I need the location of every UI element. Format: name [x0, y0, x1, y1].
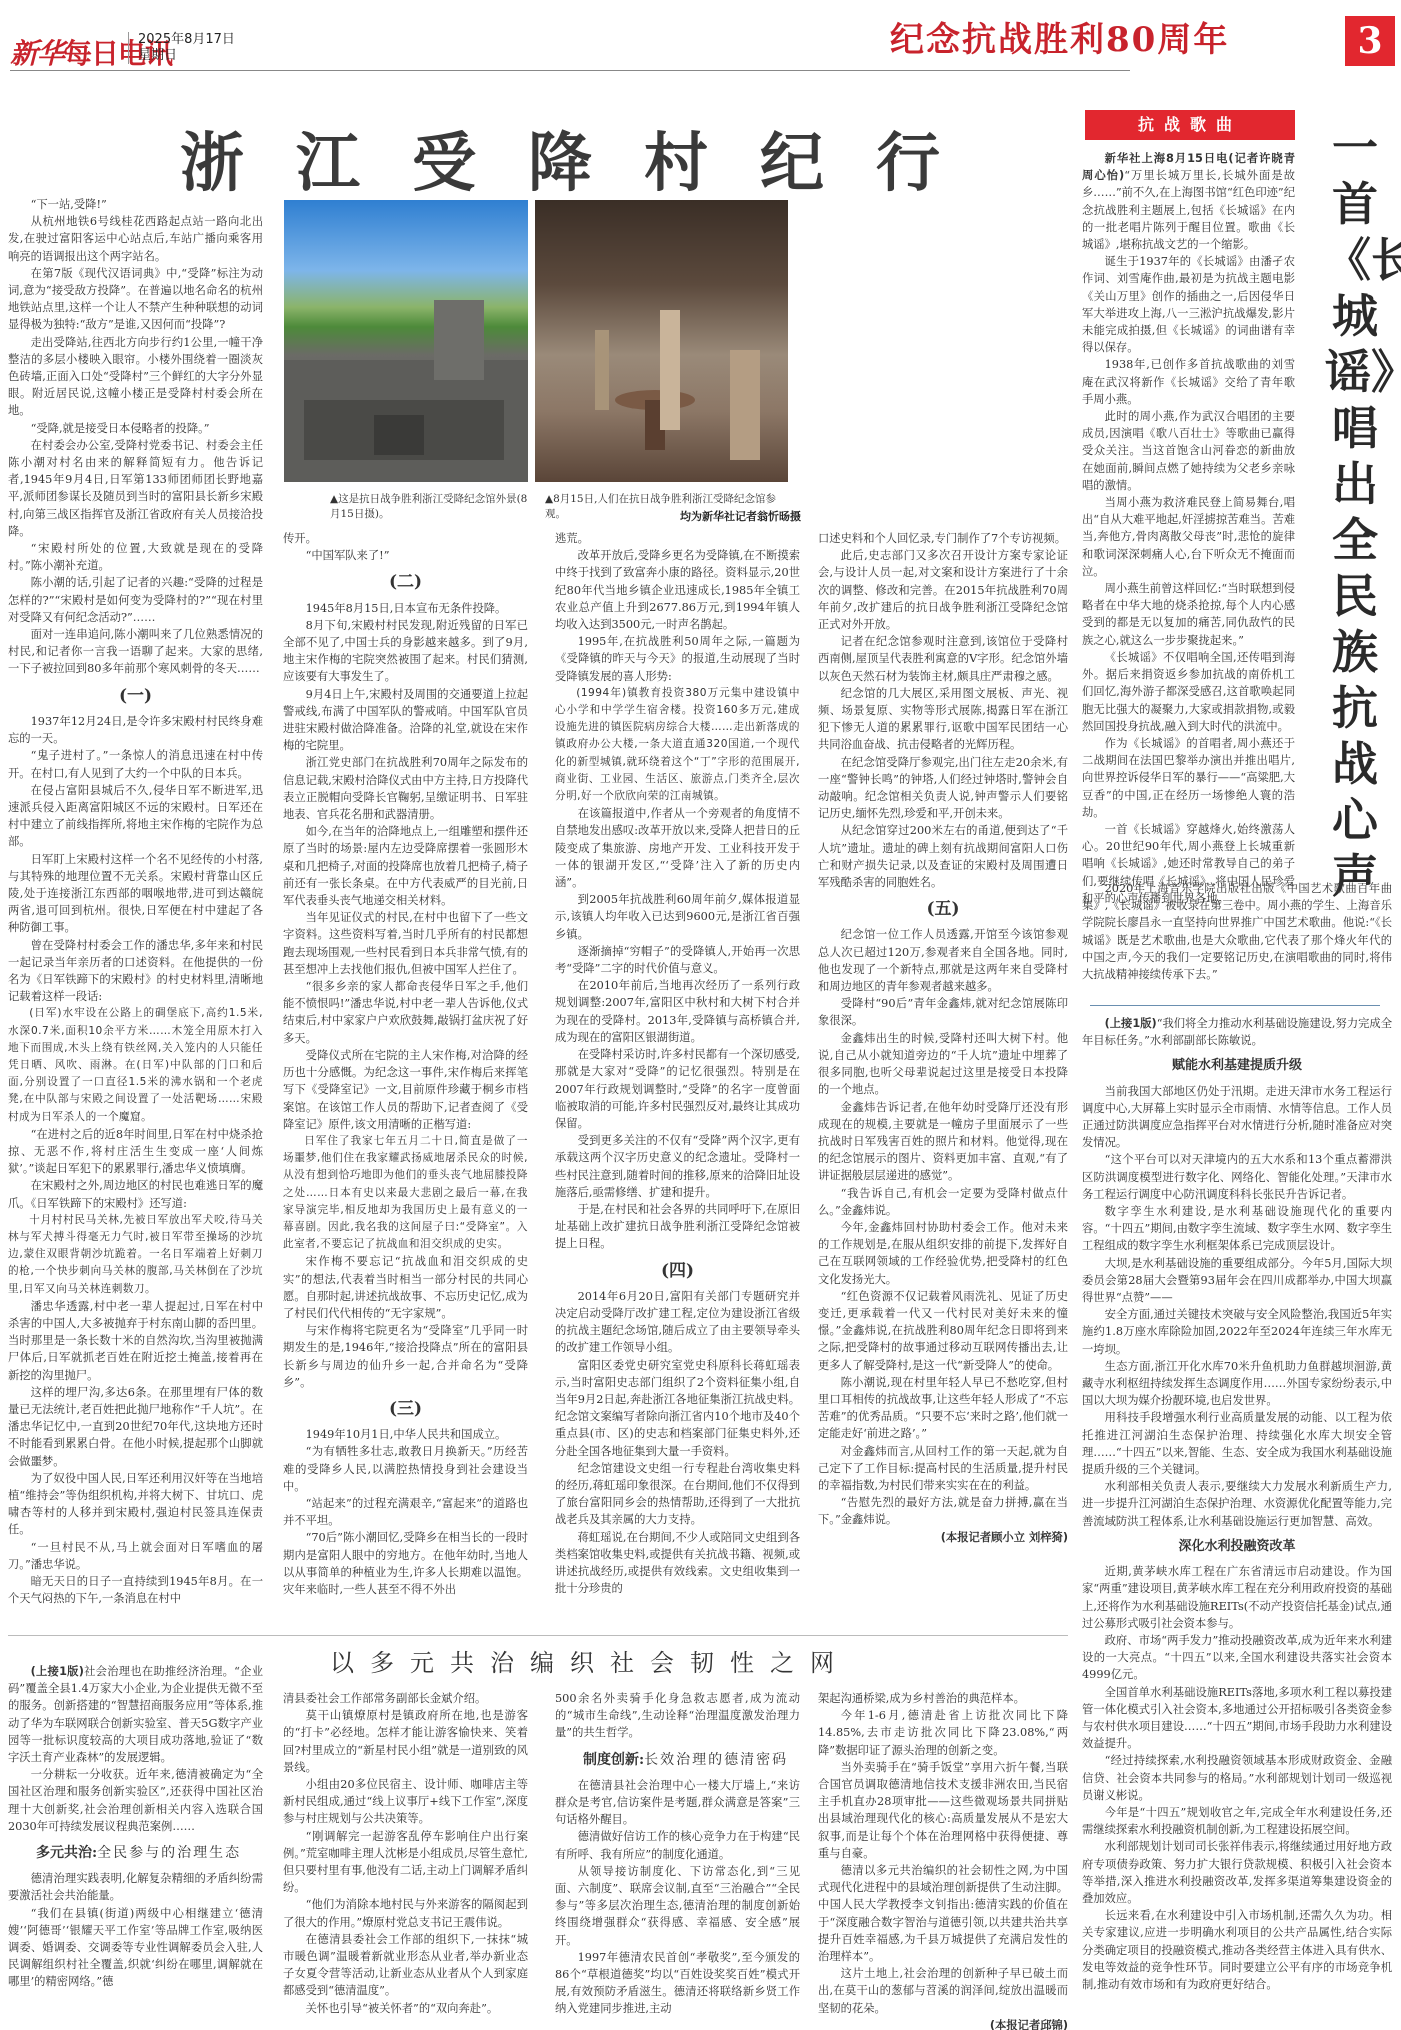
paragraph: “受降,就是接受日本侵略者的投降。” [8, 420, 263, 437]
photo1-caption: ▲这是抗日战争胜利浙江受降纪念馆外景(8月15日摄)。 [330, 492, 530, 522]
paragraph: 诞生于1937年的《长城谣》由潘孑农作词、刘雪庵作曲,最初是为抗战主题电影《关山… [1082, 253, 1295, 356]
photo-credit: 均为新华社记者翁忻旸摄 [680, 508, 801, 524]
paragraph: 在德清县社会治理中心一楼大厅墙上,“来访群众是考官,信访案件是考题,群众满意是答… [555, 1777, 800, 1829]
paragraph: 改革开放后,受降乡更名为受降镇,在不断摸索中终于找到了致富奔小康的路径。资料显示… [555, 547, 800, 633]
paragraph: “70后”陈小潮回忆,受降乡在相当长的一段时期内是富阳人眼中的穷地方。在他年幼时… [283, 1529, 528, 1598]
paragraph: 在第7版《现代汉语词典》中,“受降”标注为动词,意为“接受敌方投降”。在普遍以地… [8, 265, 263, 334]
subheading-2: 制度创新:长效治理的德清密码 [583, 1752, 800, 1769]
subheading-1: 多元共治:全民参与的治理生态 [36, 1845, 263, 1862]
paragraph: 全国首单水利基础设施REITs落地,多项水利工程以募投建管一体化模式引入社会资本… [1082, 1684, 1392, 1753]
paragraph: 当前我国大部地区仍处于汛期。走进天津市水务工程运行调度中心,大屏幕上实时显示全市… [1082, 1083, 1392, 1152]
paragraph: 蒋虹瑶说,在台期间,不少人或陪同文史组到各类档案馆收集史料,或提供有关抗战书籍、… [555, 1529, 800, 1598]
paragraph: “我告诉自己,有机会一定要为受降村做点什么。”金鑫炜说。 [818, 1185, 1068, 1219]
paragraph: 安全方面,通过关键技术突破与安全风险整治,我国近5年实施约1.8万座水库除险加固… [1082, 1306, 1392, 1358]
paragraph: 金鑫炜告诉记者,在他年幼时受降厅还没有形成现在的规模,主要就是一幢房子里面展示了… [818, 1099, 1068, 1185]
paragraph: 传开。 [283, 530, 528, 547]
paragraph: 1949年10月1日,中华人民共和国成立。 [283, 1426, 528, 1443]
paragraph: 1938年,已创作多首抗战歌曲的刘雪庵在武汉将新作《长城谣》交给了青年歌手周小燕… [1082, 356, 1295, 408]
issue-date: 2025年8月17日 [138, 32, 235, 48]
paragraph: 到2005年抗战胜利60周年前夕,媒体报道显示,该镇人均年收入已达到9600元,… [555, 891, 800, 943]
paragraph: 在2010年前后,当地再次经历了一系列行政规划调整:2007年,富阳区中秋村和大… [555, 977, 800, 1046]
subheading-bold: 制度创新: [583, 1752, 644, 1768]
governance-col3: 500余名外卖骑手化身急救志愿者,成为流动的“城市生命线”,生动诠释“治理温度激… [555, 1690, 800, 2018]
paragraph: 对金鑫炜而言,从回村工作的第一天起,就为自己定下了工作目标:提高村民的生活质量,… [818, 1443, 1068, 1495]
subheading: 深化水利投融资改革 [1082, 1538, 1392, 1555]
paragraph: 陈小潮的话,引起了记者的兴趣:“受降的过程是怎样的?”“宋殿村是如何变为受降村的… [8, 574, 263, 626]
paragraph: 潘忠华透露,村中老一辈人提起过,日军在村中杀害的中国人,大多被抛弃于村东南山脚的… [8, 1298, 263, 1384]
subheading-rest: 全民参与的治理生态 [97, 1845, 241, 1861]
paragraph: 从纪念馆穿过200米左右的甬道,便到达了“千人坑”遗址。遗址的碑上刻有抗战期间富… [818, 822, 1068, 891]
paragraph: “他们为消除本地村民与外来游客的隔阂起到了很大的作用。”燎原村党总支书记王震伟说… [283, 1896, 528, 1930]
sculpture-illustration [535, 200, 788, 482]
paragraph: 在受降村采访时,许多村民都有一个深切感受,那就是大家对“受降”的记忆很强烈。特别… [555, 1046, 800, 1132]
sidebar-vertical-title: 一首《长城谣》唱出全民族抗战心声 [1325, 120, 1385, 904]
paragraph: 从杭州地铁6号线桂花西路起点站一路向北出发,在驶过富阳客运中心站点后,车站广播向… [8, 213, 263, 265]
paragraph: 宋作梅不要忘记“抗战血和泪交织成的史实”的想法,代表着当时相当一部分村民的共同心… [283, 1253, 528, 1322]
paragraph: “红色资源不仅记载着风雨洗礼、见证了历史变迁,更承载着一代又一代村民对美好未来的… [818, 1288, 1068, 1374]
section-title: 纪念抗战胜利80周年 [890, 12, 1229, 61]
paragraph: “很多乡亲的家人都命丧侵华日军之手,他们能不愤恨吗!”潘忠华说,村中老一辈人告诉… [283, 978, 528, 1047]
paragraph: 在纪念馆受降厅参观完,出门往左走20余米,有一座“警钟长鸣”的钟塔,人们经过钟塔… [818, 754, 1068, 823]
paragraph: 今年是“十四五”规划收官之年,完成全年水利建设任务,还需继续探索水利投融资机制创… [1082, 1804, 1392, 1838]
paragraph: 逐渐摘掉“穷帽子”的受降镇人,开始再一次思考“受降”二字的时代价值与意义。 [555, 943, 800, 977]
paragraph: 2020年上海音乐学院出版社出版《中国艺术歌曲百年曲集》,《长城谣》被收录在第三… [1082, 880, 1392, 983]
paragraph: 架起沟通桥梁,成为乡村善治的典范样本。 [818, 1690, 1068, 1707]
paragraph: 数字孪生水利建设,是水利基础设施现代化的重要内容。“十四五”期间,由数字孪生流域… [1082, 1203, 1392, 1255]
subheading-bold: 多元共治: [36, 1845, 97, 1861]
paragraph: 德清治理实践表明,化解复杂精细的矛盾纠纷需要激活社会共治能量。 [8, 1870, 263, 1904]
paragraph: 8月下旬,宋殿村村民发现,附近残留的日军已全部不见了,中国士兵的身影越来越多。到… [283, 617, 528, 686]
paragraph: 在宋殿村之外,周边地区的村民也难逃日军的魔爪。《日军铁蹄下的宋殿村》还写道: [8, 1177, 263, 1211]
paragraph: 从领导接访制度化、下访常态化,到“三见面、六制度”、联席会议制,直至“三治融合”… [555, 1863, 800, 1949]
paragraph: 2014年6月20日,富阳有关部门专题研究并决定启动受降厅改扩建工程,定位为建设… [555, 1288, 800, 1357]
bottom-divider [8, 1635, 1068, 1636]
paragraph: 如今,在当年的洽降地点上,一组雕塑和摆件还原了当时的场景:屋内左边受降席摆着一张… [283, 823, 528, 909]
paragraph: “告慰先烈的最好方法,就是奋力拼搏,赢在当下。”金鑫炜说。 [818, 1494, 1068, 1528]
paragraph: 受降村“90后”青年金鑫炜,就对纪念馆展陈印象很深。 [818, 995, 1068, 1029]
paragraph: 走出受降站,往西北方向步行约1公里,一幢干净整洁的多层小楼映入眼帘。小楼外围绕着… [8, 334, 263, 420]
paragraph: 日军盯上宋殿村这样一个名不见经传的小村落,与其特殊的地理位置不无关系。宋殿村背靠… [8, 851, 263, 937]
paragraph: 关怀也引导“被关怀者”的“双向奔赴”。 [283, 2000, 528, 2017]
paragraph: 为了奴役中国人民,日军还利用汉奸等在当地培植“维持会”等伪组织机构,并将大树下、… [8, 1470, 263, 1539]
paragraph: “站起来”的过程充满艰辛,“富起来”的道路也并不平坦。 [283, 1495, 528, 1529]
paragraph: 水利部规划计划司司长张祥伟表示,将继续通过用好地方政府专项债券政策、努力扩大银行… [1082, 1838, 1392, 1907]
sidebar-divider [1090, 1005, 1380, 1006]
paragraph: 纪念馆一位工作人员透露,开馆至今该馆参观总人次已超过120万,参观者来自全国各地… [818, 926, 1068, 995]
logo-script: 新华 [10, 37, 64, 70]
section-heading-2: (二) [283, 574, 528, 591]
article-byline: (本报记者顾小立 刘梓猗) [818, 1529, 1068, 1546]
main-article-col2: 传开。 “中国军队来了!” (二) 1945年8月15日,日本宣布无条件投降。 … [283, 530, 528, 1598]
paragraph: 《长城谣》不仅唱响全国,还传唱到海外。据后来捐资返乡参加抗战的南侨机工们回忆,海… [1082, 649, 1295, 735]
paragraph: 于是,在村民和社会各界的共同呼吁下,在原旧址基础上改扩建抗日战争胜利浙江受降纪念… [555, 1201, 800, 1253]
paragraph: 此时的周小燕,作为武汉合唱团的主要成员,因演唱《歌八百壮士》等歌曲已赢得受众关注… [1082, 408, 1295, 494]
paragraph: 今年,金鑫炜回村协助村委会工作。他对未来的工作规划是,在服从组织安排的前提下,发… [818, 1219, 1068, 1288]
water-article: (上接1版)“我们将全力推动水利基础设施建设,努力完成全年目标任务。”水利部副部… [1082, 1015, 1392, 1993]
paragraph: 金鑫炜出生的时候,受降村还叫大树下村。他说,自己从小就知道旁边的“千人坑”遗址中… [818, 1030, 1068, 1099]
section-heading-4: (四) [555, 1263, 800, 1280]
subheading: 赋能水利基建提质升级 [1082, 1057, 1392, 1074]
paragraph: 大坝,是水利基础设施的重要组成部分。今年5月,国际大坝委员会第28届大会暨第93… [1082, 1255, 1392, 1307]
paragraph: “经过持续探索,水利投融资领域基本形成财政资金、金融信贷、社会资本共同参与的格局… [1082, 1752, 1392, 1804]
sidebar-wide-paragraph: 2020年上海音乐学院出版社出版《中国艺术歌曲百年曲集》,《长城谣》被收录在第三… [1082, 880, 1392, 983]
paragraph: 1945年8月15日,日本宣布无条件投降。 [283, 600, 528, 617]
paragraph: 暗无天日的日子一直持续到1945年8月。在一个天气闷热的下午,一条消息在村中 [8, 1573, 263, 1607]
paragraph: 在侵占富阳县城后不久,侵华日军不断进军,迅速派兵侵入距离富阳城区不远的宋殿村。日… [8, 782, 263, 851]
paragraph: 德清以多元共治编织的社会韧性之网,为中国式现代化进程中的县域治理创新提供了生动注… [818, 1862, 1068, 1965]
paragraph: 近期,黄茅峡水库工程在广东省清远市启动建设。作为国家“两重”建设项目,黄茅峡水库… [1082, 1563, 1392, 1632]
quoted-passage: (日军)水牢设在公路上的碉堡底下,高约1.5米,水深0.7米,面积10余平方米…… [8, 1005, 263, 1125]
paragraph: 一分耕耘一分收获。近年来,德清被确定为“全国社区治理和服务创新实验区”,还获得中… [8, 1766, 263, 1835]
paragraph: 今年1-6月,德清赴省上访批次同比下降14.85%,去市走访批次同比下降23.0… [818, 1707, 1068, 1759]
governance-col4: 架起沟通桥梁,成为乡村善治的典范样本。 今年1-6月,德清赴省上访批次同比下降1… [818, 1690, 1068, 2030]
paragraph: 水利部相关负责人表示,要继续大力发展水利新质生产力,进一步提升江河湖泊生态保护治… [1082, 1478, 1392, 1530]
governance-article-title: 以多元共治编织社会韧性之网 [330, 1643, 850, 1678]
paragraph: 逃荒。 [555, 530, 800, 547]
paragraph: “下一站,受降!” [8, 196, 263, 213]
continued-marker: (上接1版) [31, 1665, 84, 1678]
paragraph: 1937年12月24日,是令许多宋殿村村民终身难忘的一天。 [8, 713, 263, 747]
paragraph: 德清做好信访工作的核心竞争力在于构建“民有所呼、我有所应”的制度化通道。 [555, 1828, 800, 1862]
paragraph: 记者在纪念馆参观时注意到,该馆位于受降村西南侧,屋顶呈代表胜利寓意的V字形。纪念… [818, 633, 1068, 685]
paragraph: 这片土地上,社会治理的创新种子早已破土而出,在莫干山的葱郁与苕溪的润泽间,绽放出… [818, 1965, 1068, 2017]
page-number: 3 [1345, 16, 1395, 66]
subheading-rest: 长效治理的德清密码 [644, 1752, 788, 1768]
paragraph: “这个平台可以对天津境内的五大水系和13个重点蓄滞洪区防洪调度模型进行数字化、网… [1082, 1151, 1392, 1203]
paragraph: 9月4日上午,宋殿村及周围的交通要道上拉起警戒线,布满了中国军队的警戒哨。中国军… [283, 686, 528, 755]
paragraph: “鬼子进村了。”一条惊人的消息迅速在村中传开。在村口,有人见到了大约一个中队的日… [8, 747, 263, 781]
paragraph: 与宋作梅将宅院更名为“受降室”几乎同一时期发生的是,1946年,“接洽投降点”所… [283, 1322, 528, 1391]
quoted-passage: 日军住了我家七年五月二十日,简直是做了一场噩梦,他们住在我家耀武扬威地屠杀民众的… [283, 1133, 528, 1253]
paragraph: “一旦村民不从,马上就会面对日军嗜血的屠刀。”潘忠华说。 [8, 1539, 263, 1573]
section-heading-3: (三) [283, 1401, 528, 1418]
paragraph: 此后,史志部门又多次召开设计方案专家论证会,与设计人员一起,对文案和设计方案进行… [818, 547, 1068, 633]
memorial-interior-photo [535, 200, 788, 482]
paragraph: 1997年德清农民首创“孝敬奖”,至今颁发的86个“草根道德奖”均以“百姓设奖奖… [555, 1949, 800, 2018]
paragraph: 用科技手段增强水利行业高质量发展的动能、以工程为依托推进江河湖泊生态保护治理、持… [1082, 1409, 1392, 1478]
quoted-passage: (1994年)镇教育投资380万元集中建设镇中心小学和中学学生宿舍楼。投资160… [555, 685, 800, 805]
paragraph: 当周小燕为救济难民登上简易舞台,唱出“自从大难平地起,奸淫掳掠苦难当。苦难当,奔… [1082, 494, 1295, 580]
paragraph: 当年见证仪式的村民,在村中也留下了一些文字资料。这些资料写着,当时几乎所有的村民… [283, 909, 528, 978]
building-illustration [284, 200, 528, 482]
paragraph: 富阳区委党史研究室党史科原科长蒋虹瑶表示,当时富阳史志部门组织了2个资料征集小组… [555, 1357, 800, 1460]
paragraph: 纪念馆的几大展区,采用图文展板、声光、视频、场景复原、实物等形式展陈,揭露日军在… [818, 685, 1068, 754]
paragraph: 作为《长城谣》的首唱者,周小燕还于二战期间在法国巴黎举办演出并推出唱片,向世界控… [1082, 735, 1295, 821]
issue-date-block: 2025年8月17日 星期日 [138, 32, 235, 64]
paragraph: 莫干山镇燎原村是镇政府所在地,也是游客的“打卡”必经地。怎样才能让游客愉快来、笑… [283, 1707, 528, 1776]
paragraph: 面对一连串追问,陈小潮叫来了几位熟悉情况的村民,和记者你一言我一语聊了起来。大家… [8, 626, 263, 678]
paragraph: 在村委会办公室,受降村党委书记、村委会主任陈小潮对村名由来的解释简短有力。他告诉… [8, 437, 263, 540]
paragraph: 清县委社会工作部常务副部长金斌介绍。 [283, 1690, 528, 1707]
paragraph: 周小燕生前曾这样回忆:“当时联想到侵略者在中华大地的烧杀抢掠,每个人内心感受到的… [1082, 580, 1295, 649]
paragraph: 小组由20多位民宿主、设计师、咖啡店主等新村民组成,通过“线上议事厅+线下工作室… [283, 1776, 528, 1828]
paragraph: 曾在受降村村委会工作的潘忠华,多年来和村民一起记录当年亲历者的口述资料。在他提供… [8, 937, 263, 1006]
main-article-col1: “下一站,受降!” 从杭州地铁6号线桂花西路起点站一路向北出发,在驶过富阳客运中… [8, 196, 263, 1607]
paragraph: “我们在县镇(街道)两级中心相继建立‘德清嫂’‘阿德哥’‘银耀天平工作室’等品牌… [8, 1905, 263, 1991]
paragraph: 当外卖骑手在“骑手饭堂”享用六折午餐,当联合国官员调取德清地信技术支援非洲农田,… [818, 1759, 1068, 1862]
paragraph: 这样的埋尸沟,多达6条。在那里埋有尸体的数量已无法统计,老百姓把此抛尸地称作“千… [8, 1384, 263, 1470]
quoted-passage: 十月村村民马关林,先被日军放出军犬咬,待马关林与军犬搏斗得毫无力气时,被日军带至… [8, 1212, 263, 1298]
paragraph: 政府、市场“两手发力”推动投融资改革,成为近年来水利建设的一大亮点。“十四五”以… [1082, 1632, 1392, 1684]
continued-marker: (上接1版) [1105, 1017, 1157, 1030]
paragraph: 受降仪式所在宅院的主人宋作梅,对洽降的经历也十分感慨。为纪念这一事件,宋作梅后来… [283, 1047, 528, 1133]
section-heading-5: (五) [818, 901, 1068, 918]
paragraph: “中国军队来了!” [283, 547, 528, 564]
paragraph: 纪念馆建设文史组一行专程赴台湾收集史料的经历,蒋虹瑶印象很深。在台期间,他们不仅… [555, 1460, 800, 1529]
masthead-rule [10, 70, 1130, 71]
section-heading-1: (一) [8, 688, 263, 705]
main-article-title: 浙江受降村纪行 [180, 112, 992, 204]
paragraph: 陈小潮说,现在村里年轻人早已不愁吃穿,但村里口耳相传的抗战故事,让这些年轻人形成… [818, 1374, 1068, 1443]
sidebar-article: 新华社上海8月15日电(记者许晓青 周心怡)“万里长城万里长,长城外面是故乡……… [1082, 150, 1295, 907]
masthead-separator [128, 32, 129, 64]
paragraph: “刚调解完一起游客乱停车影响住户出行案例。”荒室咖啡主理人沈彬是小组成员,尽管生… [283, 1828, 528, 1897]
paragraph-text: 社会治理也在助推经济治理。“企业码”覆盖全县1.4万家大小企业,为企业提供无微不… [8, 1665, 263, 1764]
memorial-exterior-photo [284, 200, 528, 482]
paragraph: 浙江党史部门在抗战胜利70周年之际发布的信息记载,宋殿村洽降仪式由中方主持,日方… [283, 754, 528, 823]
paragraph: “宋殿村所处的位置,大致就是现在的受降村。”陈小潮补充道。 [8, 540, 263, 574]
governance-col2: 清县委社会工作部常务副部长金斌介绍。 莫干山镇燎原村是镇政府所在地,也是游客的“… [283, 1690, 528, 2017]
sidebar-category-tag: 抗战歌曲 [1085, 110, 1295, 140]
article-byline: (本报记者邱锦) [818, 2017, 1068, 2030]
paragraph: 受到更多关注的不仅有“受降”两个汉字,更有承载这两个汉字历史意义的纪念遗址。受降… [555, 1132, 800, 1201]
paragraph: 在德清县委社会工作部的组织下,一抹抹“城市暖色调”温暖着新就业形态从业者,举办新… [283, 1931, 528, 2000]
paragraph: 1995年,在抗战胜利50周年之际,一篇题为《受降镇的昨天与今天》的报道,生动展… [555, 633, 800, 685]
paragraph: 在该篇报道中,作者从一个旁观者的角度情不自禁地发出感叹:改革开放以来,受降人把昔… [555, 805, 800, 891]
paragraph: “为有牺牲多壮志,敢教日月换新天。”历经苦难的受降乡人民,以满腔热情投身到社会建… [283, 1443, 528, 1495]
paragraph: 口述史料和个人回忆录,专门制作了7个专访视频。 [818, 530, 1068, 547]
paragraph: 生态方面,浙江开化水库70米升鱼机助力鱼群越坝洄游,黄藏寺水利枢纽持续发挥生态调… [1082, 1358, 1392, 1410]
main-article-col3: 逃荒。 改革开放后,受降乡更名为受降镇,在不断摸索中终于找到了致富奔小康的路径。… [555, 530, 800, 1597]
governance-col1: (上接1版)社会治理也在助推经济治理。“企业码”覆盖全县1.4万家大小企业,为企… [8, 1663, 263, 1991]
paragraph: 长远来看,在水利建设中引入市场机制,还需久久为功。相关专家建议,应进一步明确水利… [1082, 1907, 1392, 1993]
paragraph: 500余名外卖骑手化身急救志愿者,成为流动的“城市生命线”,生动诠释“治理温度激… [555, 1690, 800, 1742]
paragraph: “在进村之后的近8年时间里,日军在村中烧杀抢掠、无恶不作,将村庄活生生变成一座‘… [8, 1126, 263, 1178]
issue-weekday: 星期日 [138, 48, 235, 64]
main-article-col4: 口述史料和个人回忆录,专门制作了7个专访视频。 此后,史志部门又多次召开设计方案… [818, 530, 1068, 1546]
